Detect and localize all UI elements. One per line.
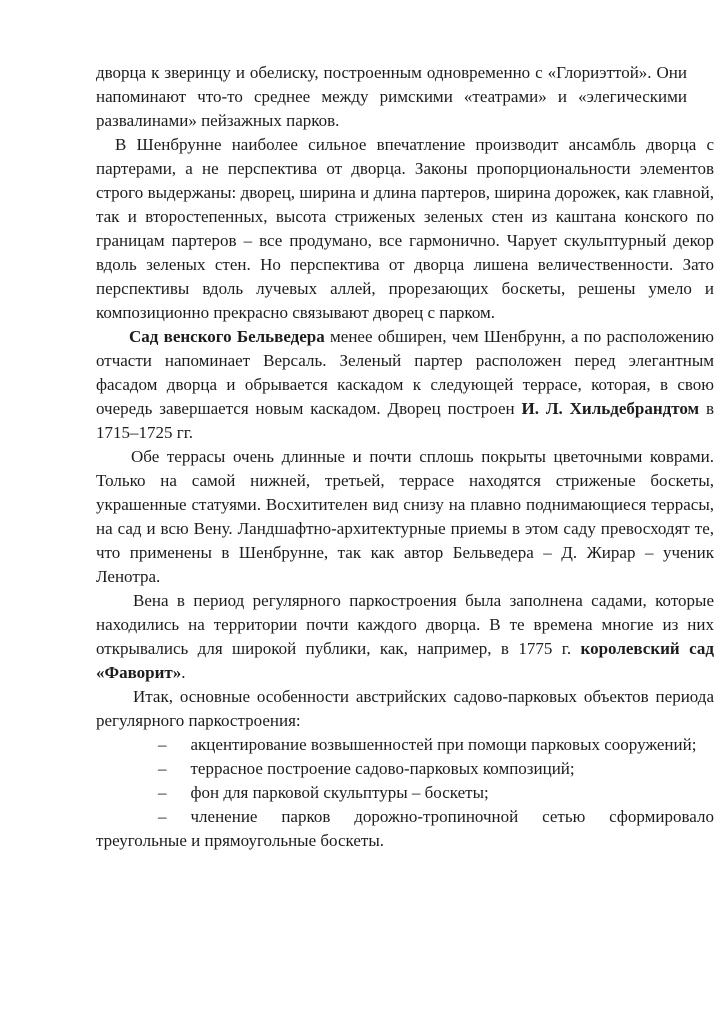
list-item: –террасное построение садово-парковых ко…: [96, 757, 714, 781]
document-page: дворца к зверинцу и обелиску, построенны…: [0, 0, 724, 1024]
bold-text-run: Сад венского Бельведера: [129, 327, 325, 346]
list-marker: –: [158, 783, 167, 802]
list-item: –акцентирование возвышенностей при помощ…: [96, 733, 714, 757]
paragraph: Обе террасы очень длинные и почти сплошь…: [96, 445, 714, 589]
paragraph: Итак, основные особенности австрийских с…: [96, 685, 714, 733]
bold-text-run: И. Л. Хильдебрандтом: [522, 399, 700, 418]
paragraph: Сад венского Бельведера менее обширен, ч…: [96, 325, 714, 445]
list-marker: –: [158, 807, 167, 826]
paragraph: Вена в период регулярного паркостроения …: [96, 589, 714, 685]
list-item: –фон для парковой скульптуры – боскеты;: [96, 781, 714, 805]
text-run: В Шенбрунне наиболее сильное впечатление…: [96, 135, 714, 322]
text-run: Обе террасы очень длинные и почти сплошь…: [96, 447, 714, 586]
paragraph: В Шенбрунне наиболее сильное впечатление…: [96, 133, 714, 325]
document-body: дворца к зверинцу и обелиску, построенны…: [96, 61, 714, 853]
text-run: террасное построение садово-парковых ком…: [191, 759, 575, 778]
list-item: –членение парков дорожно-тропиночной сет…: [96, 805, 714, 853]
list-marker: –: [158, 759, 167, 778]
text-run: Итак, основные особенности австрийских с…: [96, 687, 714, 730]
text-run: .: [181, 663, 185, 682]
text-run: фон для парковой скульптуры – боскеты;: [191, 783, 489, 802]
text-run: дворца к зверинцу и обелиску, построенны…: [96, 63, 687, 130]
paragraph: дворца к зверинцу и обелиску, построенны…: [96, 61, 687, 133]
text-run: акцентирование возвышенностей при помощи…: [191, 735, 697, 754]
text-run: членение парков дорожно-тропиночной сеть…: [96, 807, 714, 850]
list-marker: –: [158, 735, 167, 754]
